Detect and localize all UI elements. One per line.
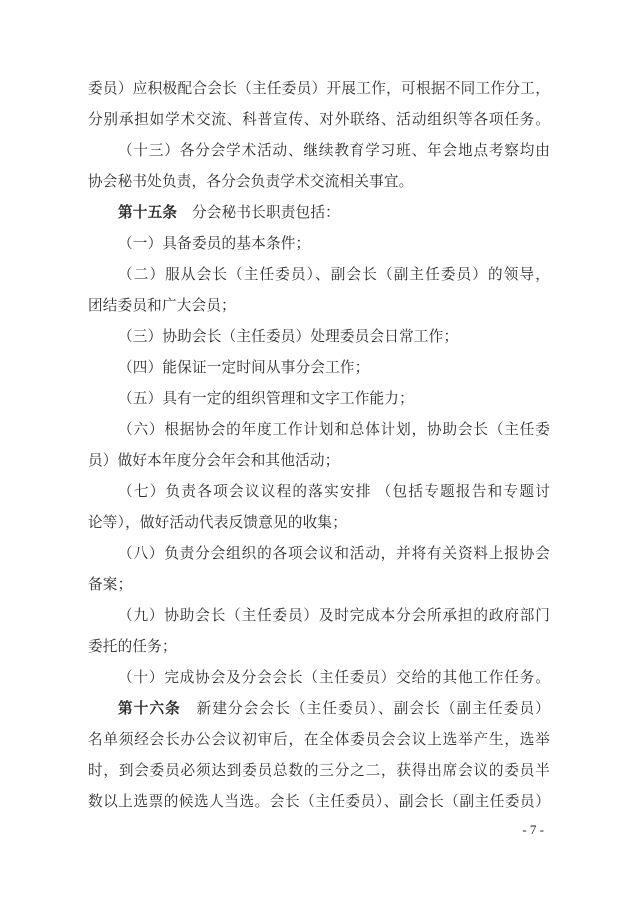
text-line: 数以上选票的候选人当选。会长（主任委员）、副会长（副主任委员） xyxy=(88,787,550,818)
text-line: （八）负责分会组织的各项会议和活动，并将有关资料上报协会 xyxy=(88,539,550,570)
text-line: 分别承担如学术交流、科普宣传、对外联络、活动组织等各项任务。 xyxy=(88,105,550,136)
article-16-number: 第十六条 xyxy=(118,701,181,717)
article-15-number: 第十五条 xyxy=(118,205,177,221)
article-16-heading-line: 第十六条 新建分会会长（主任委员）、副会长（副主任委员） xyxy=(88,694,550,725)
text-line: 备案； xyxy=(88,570,550,601)
text-line: 员）做好本年度分会年会和其他活动； xyxy=(88,446,550,477)
text-line: （九）协助会长（主任委员）及时完成本分会所承担的政府部门 xyxy=(88,601,550,632)
text-line: 委员）应积极配合会长（主任委员）开展工作，可根据不同工作分工， xyxy=(88,74,550,105)
text-line: （一）具备委员的基本条件； xyxy=(88,229,550,260)
page-number: - 7 - xyxy=(88,822,550,838)
text-line: （十三）各分会学术活动、继续教育学习班、年会地点考察均由 xyxy=(88,136,550,167)
text-line: （二）服从会长（主任委员）、副会长（副主任委员）的领导， xyxy=(88,260,550,291)
text-line: 协会秘书处负责，各分会负责学术交流相关事宜。 xyxy=(88,167,550,198)
text-line: （七）负责各项会议议程的落实安排 （包括专题报告和专题讨 xyxy=(88,477,550,508)
document-body: 委员）应积极配合会长（主任委员）开展工作，可根据不同工作分工， 分别承担如学术交… xyxy=(88,74,550,818)
article-16-text: 新建分会会长（主任委员）、副会长（副主任委员） xyxy=(181,701,550,717)
text-line: 论等），做好活动代表反馈意见的收集； xyxy=(88,508,550,539)
text-line: （十）完成协会及分会会长（主任委员）交给的其他工作任务。 xyxy=(88,663,550,694)
article-15-heading-line: 第十五条 分会秘书长职责包括： xyxy=(88,198,550,229)
text-line: 委托的任务； xyxy=(88,632,550,663)
text-line: 名单须经会长办公会议初审后，在全体委员会会议上选举产生，选举 xyxy=(88,725,550,756)
text-line: （五）具有一定的组织管理和文字工作能力； xyxy=(88,384,550,415)
text-line: （四）能保证一定时间从事分会工作； xyxy=(88,353,550,384)
text-line: 时，到会委员必须达到委员总数的三分之二，获得出席会议的委员半 xyxy=(88,756,550,787)
text-line: （三）协助会长（主任委员）处理委员会日常工作； xyxy=(88,322,550,353)
document-page: 委员）应积极配合会长（主任委员）开展工作，可根据不同工作分工， 分别承担如学术交… xyxy=(0,0,635,902)
article-15-text: 分会秘书长职责包括： xyxy=(177,205,340,221)
text-line: （六）根据协会的年度工作计划和总体计划，协助会长（主任委 xyxy=(88,415,550,446)
text-line: 团结委员和广大会员； xyxy=(88,291,550,322)
